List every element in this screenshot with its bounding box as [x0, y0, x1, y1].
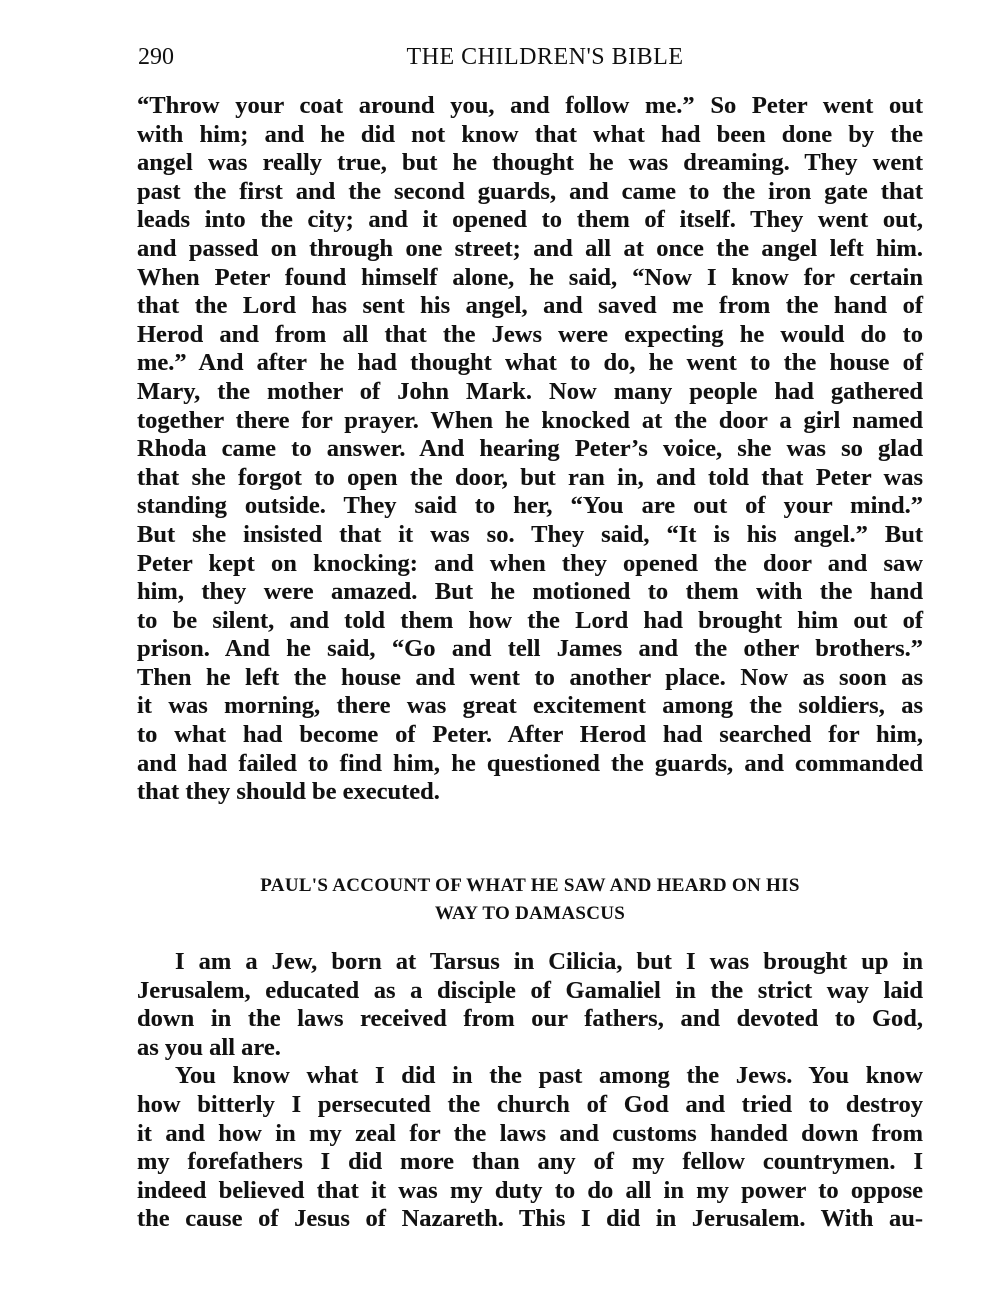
running-title: THE CHILDREN'S BIBLE — [138, 40, 922, 74]
text-line: standing outside. They said to her, “You… — [137, 492, 923, 521]
text-line: Then he left the house and went to anoth… — [137, 664, 923, 693]
text-line: to be silent, and told them how the Lord… — [137, 607, 923, 636]
section-heading: PAUL'S ACCOUNT OF WHAT HE SAW AND HEARD … — [137, 872, 923, 928]
text-line: me.” And after he had thought what to do… — [137, 349, 923, 378]
text-line: it and how in my zeal for the laws and c… — [137, 1120, 923, 1149]
text-line: leads into the city; and it opened to th… — [137, 206, 923, 235]
text-line: with him; and he did not know that what … — [137, 121, 923, 150]
text-line: and passed on through one street; and al… — [137, 235, 923, 264]
passage-paul-account: I am a Jew, born at Tarsus in Cilicia, b… — [137, 948, 923, 1234]
text-line: prison. And he said, “Go and tell James … — [137, 635, 923, 664]
text-line: indeed believed that it was my duty to d… — [137, 1177, 923, 1206]
text-line: Jerusalem, educated as a disciple of Gam… — [137, 977, 923, 1006]
text-line: But she insisted that it was so. They sa… — [137, 521, 923, 550]
text-line: that they should be executed. — [137, 778, 923, 807]
text-line: to what had become of Peter. After Herod… — [137, 721, 923, 750]
text-line: my forefathers I did more than any of my… — [137, 1148, 923, 1177]
text-line: down in the laws received from our fathe… — [137, 1005, 923, 1034]
text-line: that the Lord has sent his angel, and sa… — [137, 292, 923, 321]
text-line: together there for prayer. When he knock… — [137, 407, 923, 436]
text-line: the cause of Jesus of Nazareth. This I d… — [137, 1205, 923, 1234]
text-line: Herod and from all that the Jews were ex… — [137, 321, 923, 350]
text-line: Rhoda came to answer. And hearing Peter’… — [137, 435, 923, 464]
passage-peter-release: “Throw your coat around you, and follow … — [137, 92, 923, 807]
text-line: Peter kept on knocking: and when they op… — [137, 550, 923, 579]
text-line: Mary, the mother of John Mark. Now many … — [137, 378, 923, 407]
text-line: it was morning, there was great exciteme… — [137, 692, 923, 721]
section-heading-line: WAY TO DAMASCUS — [137, 900, 923, 928]
text-line: as you all are. — [137, 1034, 923, 1063]
text-line: I am a Jew, born at Tarsus in Cilicia, b… — [137, 948, 923, 977]
running-head: 290 THE CHILDREN'S BIBLE — [138, 40, 922, 74]
text-line: “Throw your coat around you, and follow … — [137, 92, 923, 121]
text-line: and had failed to find him, he questione… — [137, 750, 923, 779]
text-line: how bitterly I persecuted the church of … — [137, 1091, 923, 1120]
text-line: that she forgot to open the door, but ra… — [137, 464, 923, 493]
text-line: past the first and the second guards, an… — [137, 178, 923, 207]
text-line: You know what I did in the past among th… — [137, 1062, 923, 1091]
text-line: When Peter found himself alone, he said,… — [137, 264, 923, 293]
section-heading-line: PAUL'S ACCOUNT OF WHAT HE SAW AND HEARD … — [137, 872, 923, 900]
text-line: him, they were amazed. But he motioned t… — [137, 578, 923, 607]
book-page: 290 THE CHILDREN'S BIBLE “Throw your coa… — [0, 0, 1000, 1304]
text-line: angel was really true, but he thought he… — [137, 149, 923, 178]
